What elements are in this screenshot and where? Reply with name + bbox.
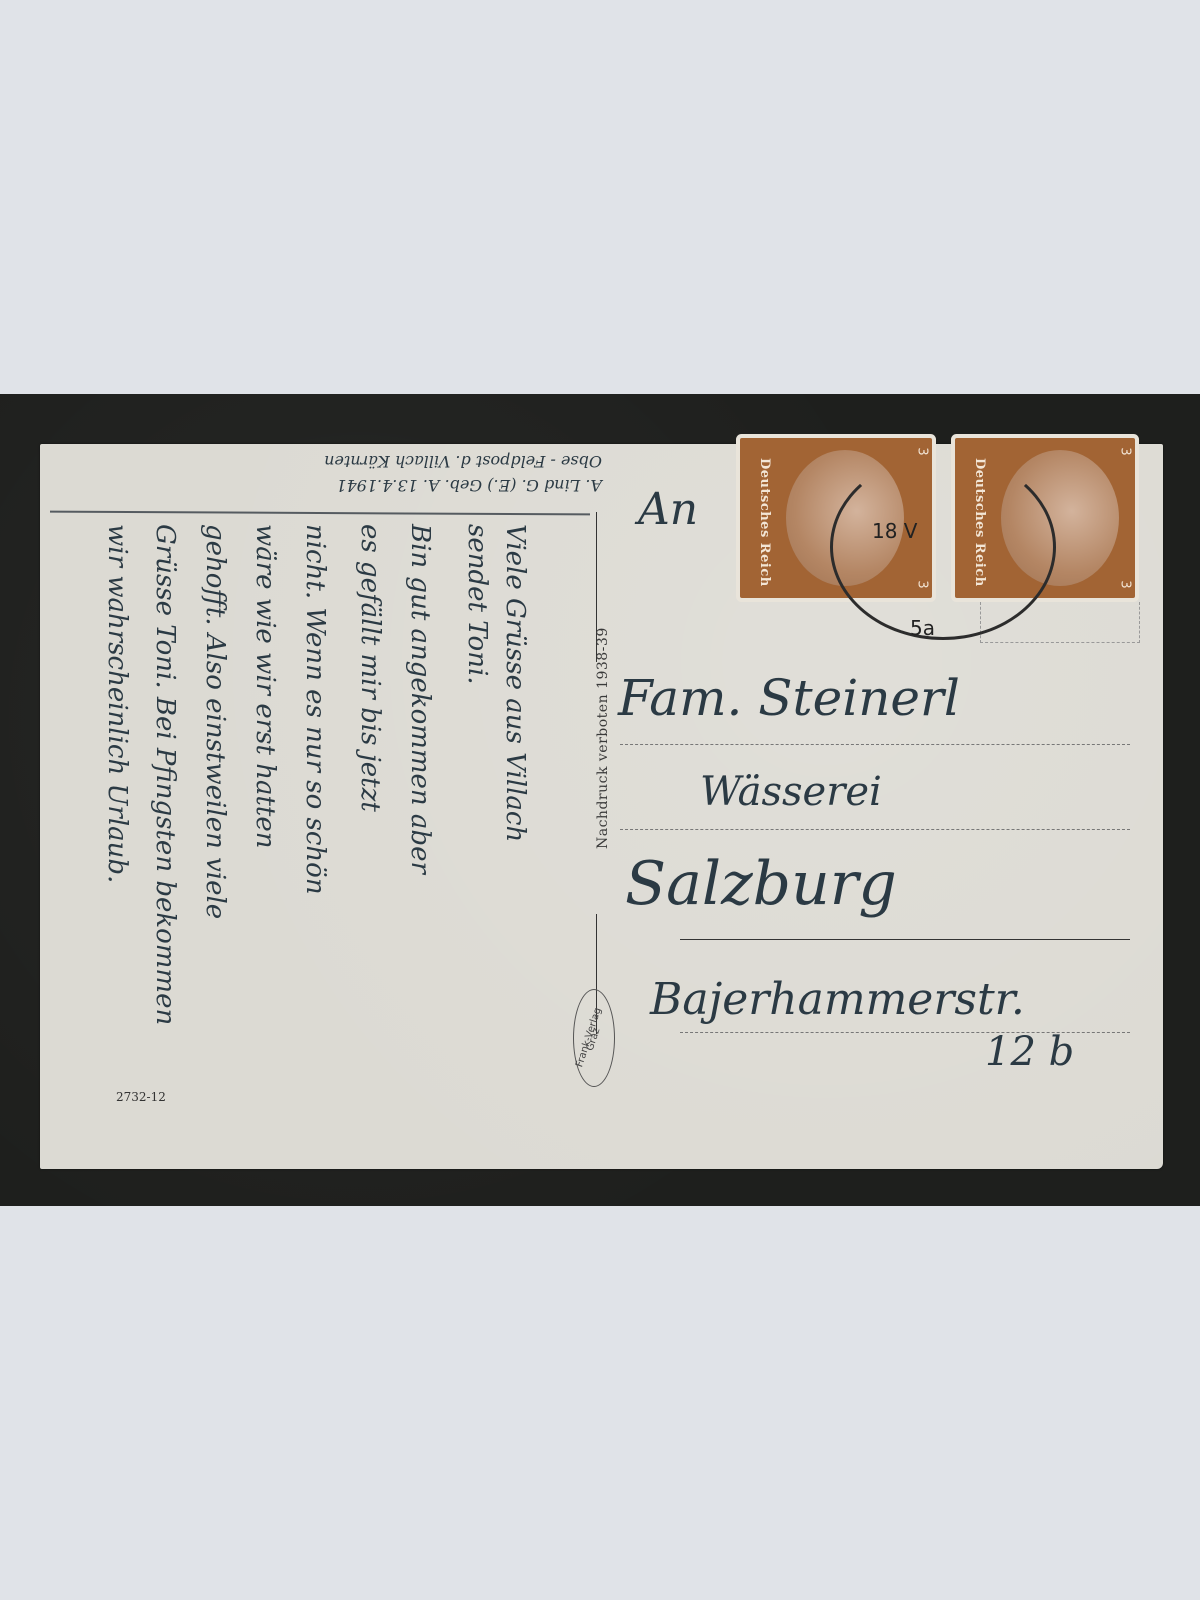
address-house-number: 12 b <box>985 1029 1074 1075</box>
sender-line-2: A. Lind G. (E.) Geb. A. 13.4.1941 <box>62 476 602 495</box>
message-line: Viele Grüsse aus Villach <box>500 524 530 842</box>
message-header-rule <box>50 511 590 516</box>
sender-line-1: Obse - Feldpost d. Villach Kärnten <box>62 452 602 471</box>
address-name: Fam. Steinerl <box>618 669 960 727</box>
stamp-value: 3 <box>1117 580 1132 588</box>
stamp-value: 3 <box>1117 447 1132 455</box>
publisher-logo: Frank-Verlag Graz <box>573 989 615 1087</box>
message-line: wir wahrscheinlich Urlaub. <box>102 524 132 883</box>
card-serial-number: 2732-12 <box>116 1090 166 1104</box>
message-line: Bin gut angekommen aber <box>405 524 435 874</box>
message-line: nicht. Wenn es nur so schön <box>300 524 330 895</box>
message-line: wäre wie wir erst hatten <box>250 524 280 848</box>
address-line-rule <box>620 744 1130 745</box>
message-line: Grüsse Toni. Bei Pfingsten bekommen <box>150 524 180 1025</box>
address-street: Bajerhammerstr. <box>650 974 1025 1025</box>
address-city-rule <box>680 939 1130 940</box>
message-line: sendet Toni. <box>462 524 492 685</box>
address-line-rule <box>620 829 1130 830</box>
address-city: Salzburg <box>625 849 897 919</box>
stamp-country: Deutsches Reich <box>757 458 772 587</box>
address-salutation: An <box>638 484 698 535</box>
postmark-circle <box>830 454 1056 640</box>
message-line: gehofft. Also einstweilen viele <box>200 524 230 919</box>
postmark-date: 18 V <box>872 519 918 543</box>
address-line-2: Wässerei <box>700 769 882 815</box>
reprint-notice: Nachdruck verboten 1938-39 <box>595 627 611 849</box>
postmark-code: 5a <box>910 616 935 640</box>
message-line: es gefällt mir bis jetzt <box>355 524 385 812</box>
postcard: Obse - Feldpost d. Villach Kärnten A. Li… <box>40 444 1163 1169</box>
